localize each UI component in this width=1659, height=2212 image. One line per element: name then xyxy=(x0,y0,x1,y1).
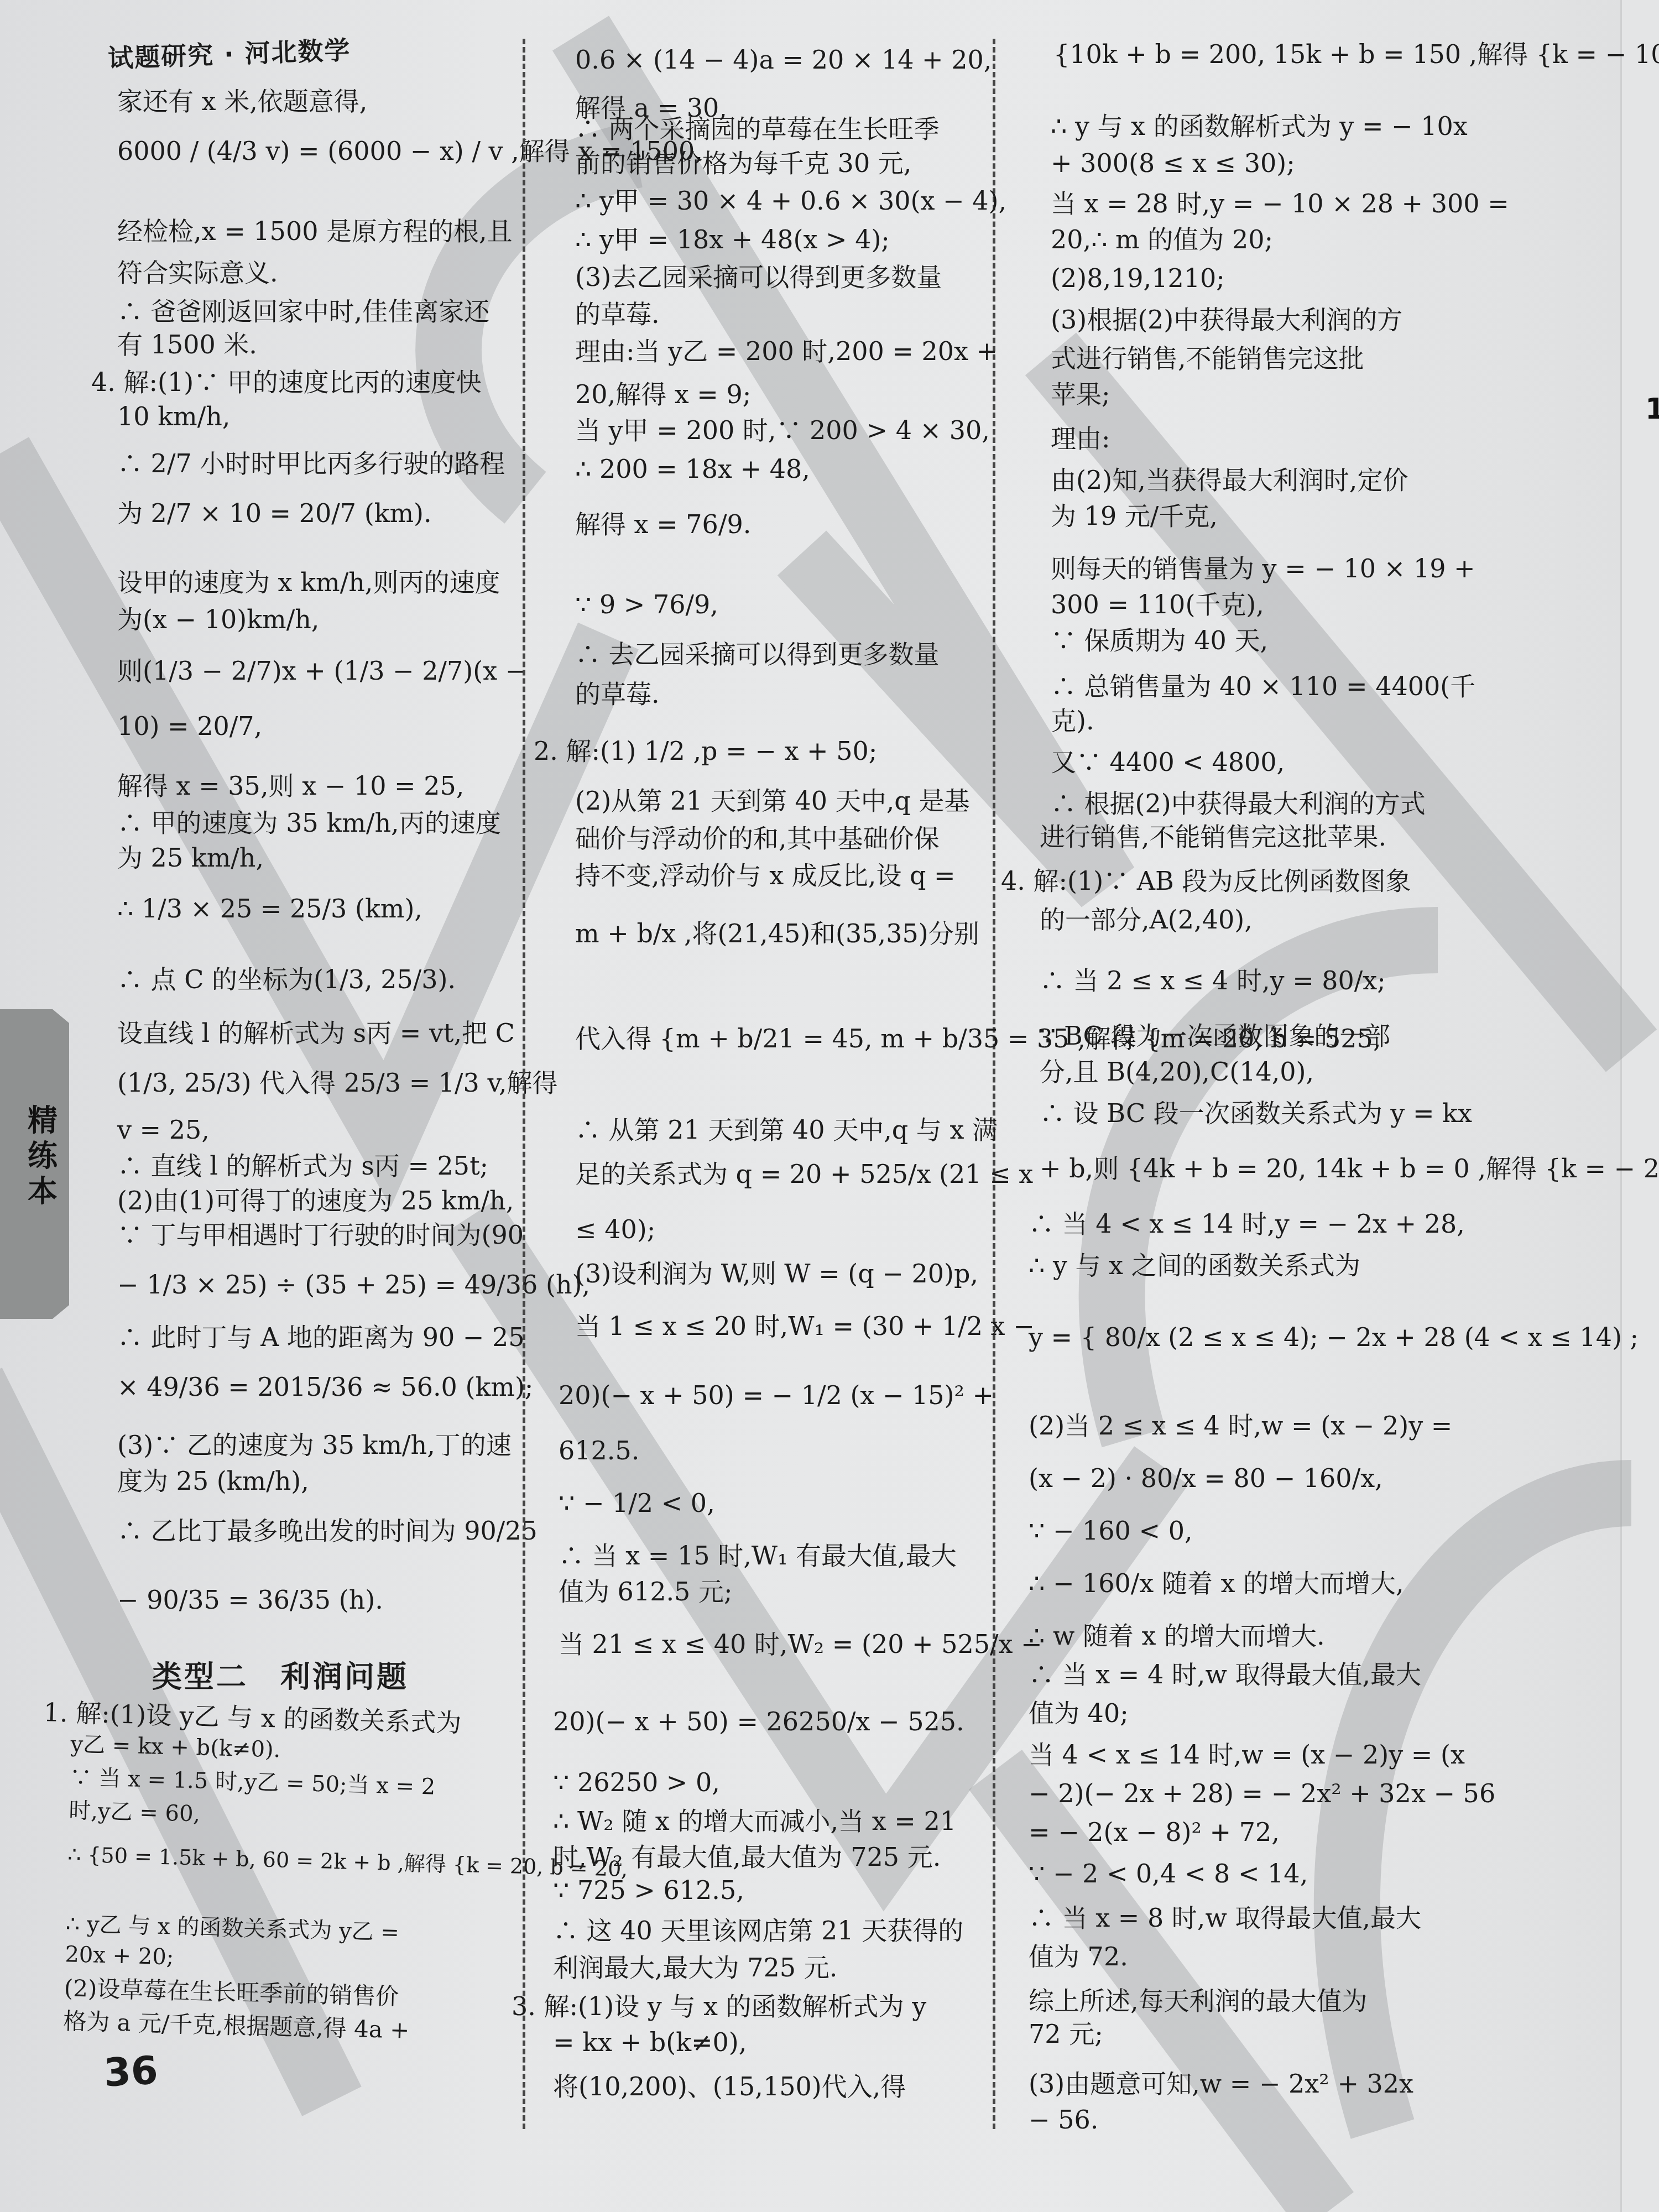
text-line: 设直线 l 的解析式为 s丙 = vt,把 C xyxy=(117,1020,515,1046)
equation-line: 20)(− x + 50) = 26250/x − 525. xyxy=(553,1709,964,1734)
text-line: 的草莓. xyxy=(575,681,660,707)
text-line: ∵ − 160 < 0, xyxy=(1029,1518,1193,1543)
equation-line: 10) = 20/7, xyxy=(117,713,262,739)
text-line: 经检检,x = 1500 是原方程的根,且 xyxy=(117,218,513,244)
text-line: 前的销售价格为每千克 30 元, xyxy=(575,150,911,176)
page-number: 36 xyxy=(103,2048,159,2096)
text-line: ∵ 26250 > 0, xyxy=(553,1770,720,1795)
equation-line: 当 4 < x ≤ 14 时,w = (x − 2)y = (x xyxy=(1029,1742,1465,1767)
text-line: 72 元; xyxy=(1029,2021,1103,2047)
text-line: 家还有 x 米,依题意得, xyxy=(117,88,367,114)
text-line: ∴ 爸爸刚返回家中时,佳佳离家还 xyxy=(117,299,489,324)
equation-line: 0.6 × (14 − 4)a = 20 × 14 + 20, xyxy=(575,47,992,72)
text-line: 值为 612.5 元; xyxy=(559,1579,732,1604)
equation-line: 20)(− x + 50) = − 1/2 (x − 15)² + xyxy=(559,1383,994,1408)
text-line: y乙 = kx + b(k≠0). xyxy=(70,1733,281,1761)
text-line: 设甲的速度为 x km/h,则丙的速度 xyxy=(117,570,500,595)
text-line: ∴ 这 40 天里该网店第 21 天获得的 xyxy=(553,1918,963,1943)
equation-line: − 90/35 = 36/35 (h). xyxy=(117,1587,383,1613)
question-3-start: 3. 解:(1)设 y 与 x 的函数解析式为 y xyxy=(512,1994,926,2019)
equation-line: + b,则 {4k + b = 20, 14k + b = 0 ,解得 {k =… xyxy=(1040,1156,1659,1181)
text-line: (3)去乙园采摘可以得到更多数量 xyxy=(575,264,942,290)
text-line: 分,且 B(4,20),C(14,0), xyxy=(1040,1059,1314,1084)
equation-line: y = { 80/x (2 ≤ x ≤ 4); − 2x + 28 (4 < x… xyxy=(1029,1324,1639,1350)
text-line: 20,∴ m 的值为 20; xyxy=(1051,227,1273,252)
equation-line: (x − 2) · 80/x = 80 − 160/x, xyxy=(1029,1465,1383,1491)
text-line: ∴ 2/7 小时时甲比丙多行驶的路程 xyxy=(117,451,505,476)
text-line: = kx + b(k≠0), xyxy=(553,2030,747,2055)
text-line: ∵ 丁与甲相遇时丁行驶的时间为(90 xyxy=(117,1222,524,1248)
text-line: 持不变,浮动价与 x 成反比,设 q = xyxy=(575,863,956,888)
text-line: 时,y乙 = 60, xyxy=(69,1799,201,1825)
equation-line: (3)设利润为 W,则 W = (q − 20)p, xyxy=(575,1261,978,1286)
text-line: ∴ w 随着 x 的增大而增大. xyxy=(1029,1623,1325,1648)
equation-line: 当 21 ≤ x ≤ 40 时,W₂ = (20 + 525/x − xyxy=(559,1631,1042,1657)
text-line: 度为 25 (km/h), xyxy=(117,1468,309,1494)
column-divider-left xyxy=(523,39,525,2129)
text-line: 利润最大,最大为 725 元. xyxy=(553,1955,837,1980)
text-line: 612.5. xyxy=(559,1438,639,1463)
text-line: ∵ 保质期为 40 天, xyxy=(1051,628,1268,653)
text-line: ∴ 甲的速度为 35 km/h,丙的速度 xyxy=(117,810,501,836)
equation-line: (2)当 2 ≤ x ≤ 4 时,w = (x − 2)y = xyxy=(1029,1413,1452,1438)
text-line: ∴ 直线 l 的解析式为 s丙 = 25t; xyxy=(117,1153,488,1178)
text-line: (3)∵ 乙的速度为 35 km/h,丁的速 xyxy=(117,1432,512,1458)
text-line: 综上所述,每天利润的最大值为 xyxy=(1029,1988,1368,2013)
text-line: ∴ 去乙园采摘可以得到更多数量 xyxy=(575,641,940,667)
equation-line: ∴ 当 4 < x ≤ 14 时,y = − 2x + 28, xyxy=(1029,1211,1465,1237)
equation-line: 则(1/3 − 2/7)x + (1/3 − 2/7)(x − xyxy=(117,658,526,684)
text-line: 为 2/7 × 10 = 20/7 (km). xyxy=(117,500,432,526)
text-line: 为(x − 10)km/h, xyxy=(117,607,319,632)
question-2-start: 2. 解:(1) 1/2 ,p = − x + 50; xyxy=(534,738,877,764)
text-line: 的草莓. xyxy=(575,301,660,327)
equation-line: 当 x = 28 时,y = − 10 × 28 + 300 = xyxy=(1051,191,1509,216)
equation-line: ∵ − 2 < 0,4 < 8 < 14, xyxy=(1029,1861,1308,1886)
text-line: 10 km/h, xyxy=(117,404,230,429)
equation-line: m + b/x ,将(21,45)和(35,35)分别 xyxy=(575,921,979,946)
text-line: ∴ 两个采摘园的草莓在生长旺季 xyxy=(575,116,940,142)
text-line: + 300(8 ≤ x ≤ 30); xyxy=(1051,150,1295,176)
equation-line: 解得 x = 76/9. xyxy=(575,512,751,537)
equation-line: (3)由题意可知,w = − 2x² + 32x xyxy=(1029,2071,1413,2096)
text-line: 克). xyxy=(1051,708,1094,733)
equation-line: (1/3, 25/3) 代入得 25/3 = 1/3 v,解得 xyxy=(117,1070,558,1095)
text-line: (2)从第 21 天到第 40 天中,q 是基 xyxy=(575,788,969,813)
text-line: ∴ y 与 x 的函数解析式为 y = − 10x xyxy=(1051,113,1468,139)
text-line: (2)由(1)可得丁的速度为 25 km/h, xyxy=(117,1188,514,1213)
text-line: ∴ 根据(2)中获得最大利润的方式 xyxy=(1051,791,1426,816)
text-line: 将(10,200)、(15,150)代入,得 xyxy=(553,2074,906,2099)
text-line: (3)根据(2)中获得最大利润的方 xyxy=(1051,307,1402,332)
section-title: 类型二 利润问题 xyxy=(152,1653,409,1696)
text-line: 苹果; xyxy=(1051,382,1110,407)
question-4-start: 4. 解:(1)∵ 甲的速度比丙的速度快 xyxy=(91,369,482,395)
text-line: ∴ 设 BC 段一次函数关系式为 y = kx xyxy=(1040,1100,1472,1126)
text-line: ∴ W₂ 随 x 的增大而减小,当 x = 21 xyxy=(553,1808,956,1834)
text-line: v = 25, xyxy=(117,1117,210,1142)
equation-line: ∴ 当 2 ≤ x ≤ 4 时,y = 80/x; xyxy=(1040,968,1386,993)
question-4-start: 4. 解:(1)∵ AB 段为反比例函数图象 xyxy=(1001,868,1411,894)
next-page-number: 1 xyxy=(1645,393,1659,426)
equation-line: ∵ 9 > 76/9, xyxy=(575,592,718,617)
text-line: 值为 40; xyxy=(1029,1700,1129,1726)
next-page-edge xyxy=(1620,0,1659,2212)
text-line: 有 1500 米. xyxy=(117,332,257,357)
text-line: 当 y甲 = 200 时,∵ 200 > 4 × 30, xyxy=(575,418,990,443)
equation-line: ∴ 1/3 × 25 = 25/3 (km), xyxy=(117,896,422,921)
text-line: ∴ 200 = 18x + 48, xyxy=(575,456,810,482)
text-line: ∴ 当 x = 8 时,w 取得最大值,最大 xyxy=(1029,1905,1421,1931)
equation-line: ∵ − 1/2 < 0, xyxy=(559,1490,715,1516)
text-line: 理由:当 y乙 = 200 时,200 = 20x + xyxy=(575,338,998,364)
text-line: 的一部分,A(2,40), xyxy=(1040,907,1253,932)
equation-line: = − 2(x − 8)² + 72, xyxy=(1029,1819,1280,1845)
text-line: 又∵ 4400 < 4800, xyxy=(1051,749,1285,775)
text-line: 20,解得 x = 9; xyxy=(575,382,751,407)
equation-line: ∴ y甲 = 30 × 4 + 0.6 × 30(x − 4), xyxy=(575,188,1006,213)
text-line: ≤ 40); xyxy=(575,1217,655,1242)
equation-line: ∴ 点 C 的坐标为(1/3, 25/3). xyxy=(117,967,456,992)
text-line: 300 = 110(千克), xyxy=(1051,592,1264,617)
text-line: ∴ 此时丁与 A 地的距离为 90 − 25 xyxy=(117,1324,525,1350)
text-line: 值为 72. xyxy=(1029,1944,1128,1969)
equation-line: ∴ − 160/x 随着 x 的增大而增大, xyxy=(1029,1571,1404,1596)
equation-line: 足的关系式为 q = 20 + 525/x (21 ≤ x xyxy=(575,1161,1033,1187)
equation-line: ∴ y甲 = 18x + 48(x > 4); xyxy=(575,227,890,252)
text-line: ∴ 当 x = 4 时,w 取得最大值,最大 xyxy=(1029,1662,1421,1687)
text-line: − 56. xyxy=(1029,2107,1098,2132)
text-line: ∵ BC 段为一次函数图象的一部 xyxy=(1040,1023,1390,1048)
side-tab-label: 精练本 xyxy=(28,1103,55,1209)
text-line: 由(2)知,当获得最大利润时,定价 xyxy=(1051,467,1408,493)
text-line: 础价与浮动价的和,其中基础价保 xyxy=(575,826,940,851)
text-line: ∴ 当 x = 15 时,W₁ 有最大值,最大 xyxy=(559,1543,957,1568)
text-line: 符合实际意义. xyxy=(117,260,278,285)
equation-line: − 1/3 × 25) ÷ (35 + 25) = 49/36 (h), xyxy=(117,1272,590,1297)
text-line: 理由: xyxy=(1051,426,1110,451)
equation-line: ∴ 总销售量为 40 × 110 = 4400(千 xyxy=(1051,674,1475,699)
equation-line: {10k + b = 200, 15k + b = 150 ,解得 {k = −… xyxy=(1053,41,1659,67)
text-line: (2)8,19,1210; xyxy=(1051,265,1225,291)
equation-line: 则每天的销售量为 y = − 10 × 19 + xyxy=(1051,556,1475,581)
text-line: 解得 x = 35,则 x − 10 = 25, xyxy=(117,773,464,799)
equation-line: − 2)(− 2x + 28) = − 2x² + 32x − 56 xyxy=(1029,1781,1495,1806)
text-line: ∴ y 与 x 之间的函数关系式为 xyxy=(1029,1253,1360,1278)
equation-line: × 49/36 = 2015/36 ≈ 56.0 (km); xyxy=(117,1374,533,1400)
text-line: 为 19 元/千克, xyxy=(1051,503,1218,529)
text-line: ∴ 乙比丁最多晚出发的时间为 90/25 xyxy=(117,1518,538,1543)
text-line: 式进行销售,不能销售完这批 xyxy=(1051,346,1364,371)
text-line: 进行销售,不能销售完这批苹果. xyxy=(1040,824,1386,849)
text-line: ∴ 从第 21 天到第 40 天中,q 与 x 满 xyxy=(575,1117,998,1142)
text-line: 20x + 20; xyxy=(65,1943,174,1968)
text-line: ∵ 725 > 612.5, xyxy=(553,1877,744,1903)
text-line: 时,W₂ 有最大值,最大值为 725 元. xyxy=(553,1844,941,1870)
equation-line: 当 1 ≤ x ≤ 20 时,W₁ = (30 + 1/2 x − xyxy=(575,1313,1035,1339)
text-line: 为 25 km/h, xyxy=(117,845,264,870)
